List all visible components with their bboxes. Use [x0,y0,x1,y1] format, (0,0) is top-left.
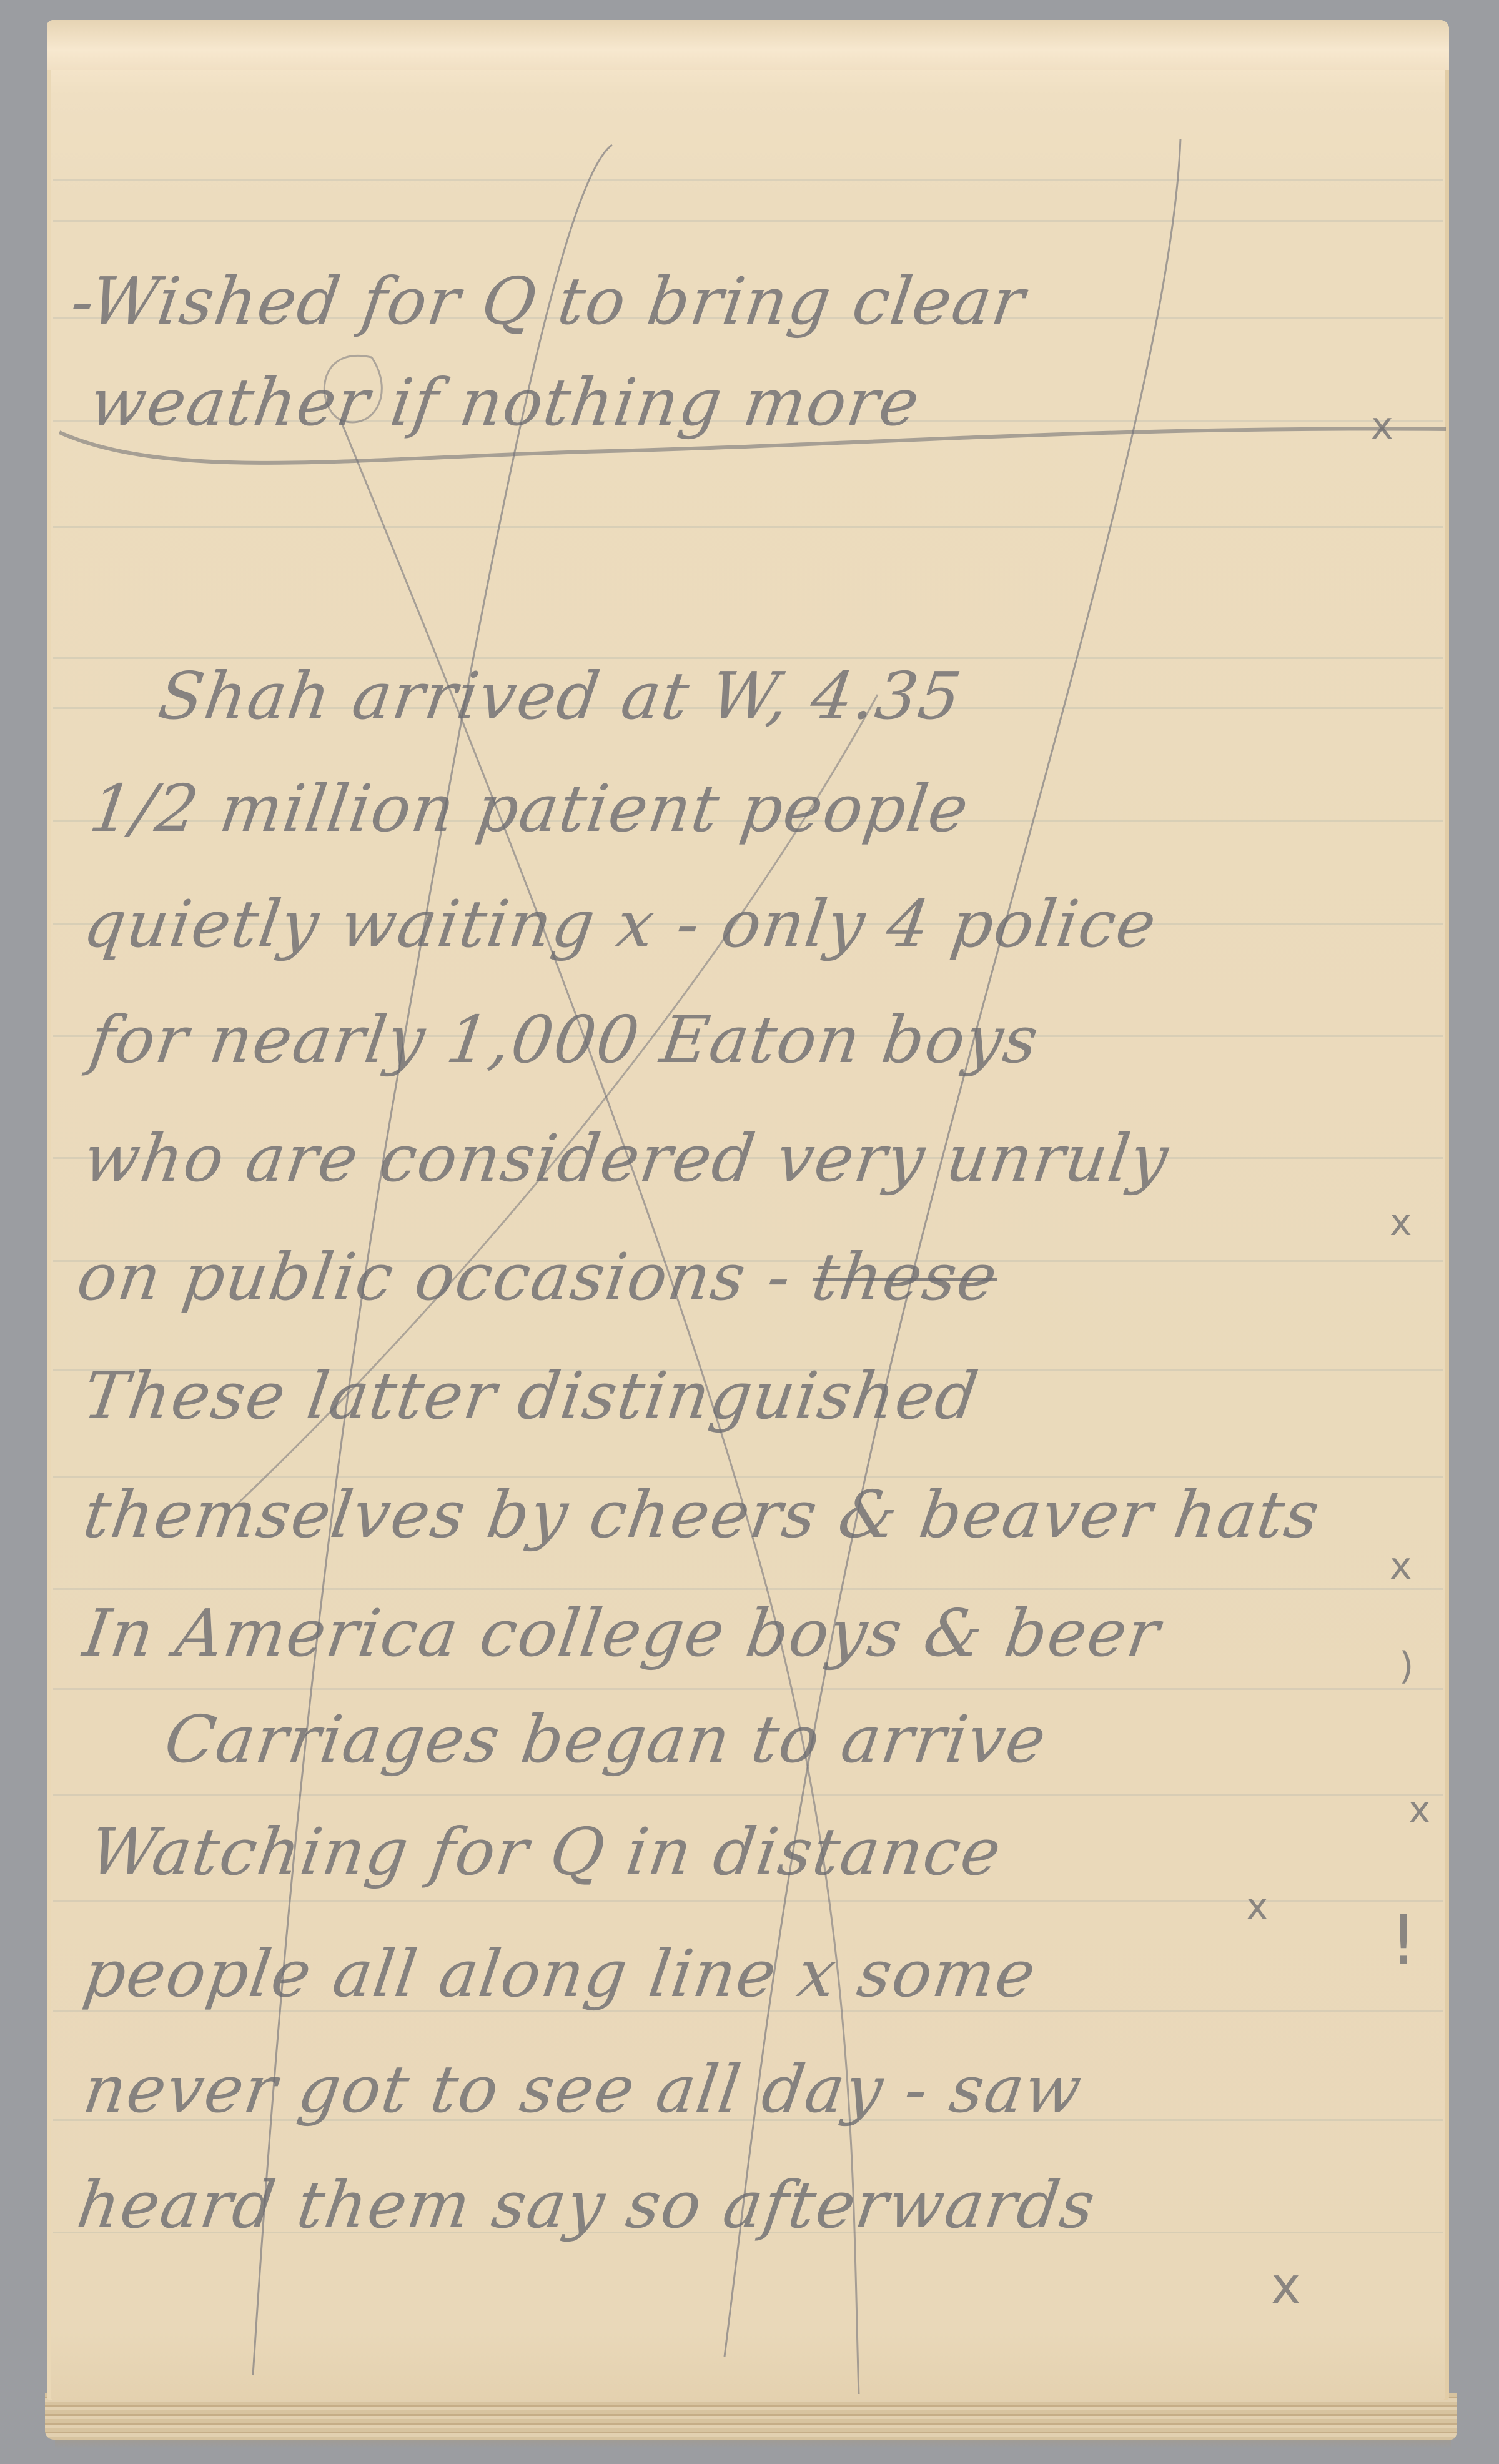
notebook-page: -Wished for Q to bring clear weather if … [47,20,1449,2400]
struck-word: these [808,1239,1002,1315]
handwritten-line-6: for nearly 1,000 Eaton boys [86,1007,1498,1072]
handwritten-line-10: themselves by cheers & beaver hats [80,1482,1492,1547]
line-end-mark: ! [1390,1900,1417,1980]
line-end-mark: x [1390,1201,1412,1244]
handwritten-line-7: who are considered very unruly [80,1126,1492,1191]
line-end-mark: x [1371,404,1393,448]
handwritten-line-9: These latter distinguished [80,1363,1492,1428]
line-8-text: on public occasions - [72,1239,796,1315]
handwritten-line-12: Carriages began to arrive [161,1707,1499,1772]
handwritten-line-16: heard them say so afterwards [74,2172,1485,2237]
line-end-mark: x [1246,1885,1269,1929]
line-end-mark: x [1271,2257,1300,2315]
handwritten-line-5: quietly waiting x - only 4 police [80,892,1492,956]
handwritten-line-11: In America college boys & beer [80,1601,1492,1666]
handwritten-line-4: 1/2 million patient people [86,776,1498,841]
handwritten-line-2: weather if nothing more [86,370,1498,435]
line-end-mark: x [1390,1544,1412,1588]
line-end-mark: ) [1399,1644,1413,1688]
handwritten-line-8: on public occasions - these [74,1244,1485,1309]
handwritten-line-13: Watching for Q in distance [86,1819,1498,1884]
handwritten-line-1: -Wished for Q to bring clear [67,269,1479,334]
handwritten-line-15: never got to see all day - saw [80,2057,1492,2122]
line-15-text: never got to see all day - saw [79,2051,1087,2127]
handwritten-line-14: people all along line x some [80,1941,1492,2006]
handwritten-line-3: Shah arrived at W, 4.35 [155,663,1499,728]
